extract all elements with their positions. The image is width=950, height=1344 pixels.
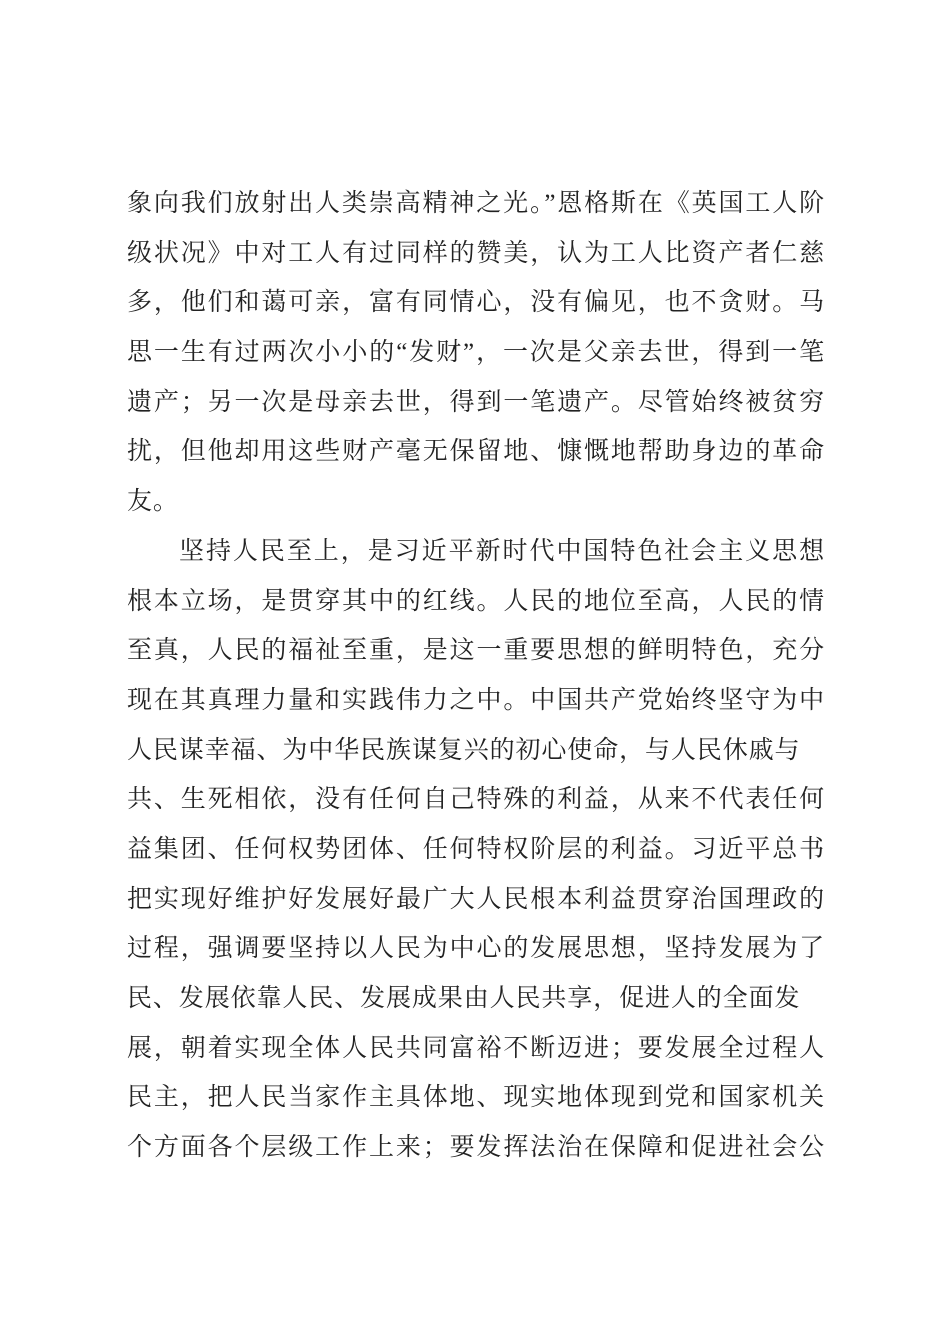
text-line: 多，他们和蔼可亲，富有同情心，没有偏见，也不贪财。马克 (127, 278, 825, 328)
text-line: 民、发展依靠人民、发展成果由人民共享，促进人的全面发 (127, 974, 825, 1024)
text-line: 现在其真理力量和实践伟力之中。中国共产党始终坚守为中国 (127, 676, 825, 726)
text-line: 遗产；另一次是母亲去世，得到一笔遗产。尽管始终被贫穷困 (127, 378, 825, 428)
text-line: 人民谋幸福、为中华民族谋复兴的初心使命，与人民休戚与 (127, 726, 825, 776)
text-line: 民主，把人民当家作主具体地、现实地体现到党和国家机关各 (127, 1073, 825, 1123)
text-line: 坚持人民至上，是习近平新时代中国特色社会主义思想的 (127, 527, 825, 577)
text-line: 根本立场，是贯穿其中的红线。人民的地位至高，人民的情怀 (127, 577, 825, 627)
text-line: 展，朝着实现全体人民共同富裕不断迈进；要发展全过程人民 (127, 1024, 825, 1074)
text-line: 思一生有过两次小小的“发财”，一次是父亲去世，得到一笔 (127, 328, 825, 378)
text-line: 过程，强调要坚持以人民为中心的发展思想，坚持发展为了人 (127, 924, 825, 974)
text-line: 共、生死相依，没有任何自己特殊的利益，从来不代表任何利 (127, 775, 825, 825)
text-line: 把实现好维护好发展好最广大人民根本利益贯穿治国理政的全 (127, 875, 825, 925)
text-line: 至真，人民的福祉至重，是这一重要思想的鲜明特色，充分体 (127, 626, 825, 676)
text-line: 益集团、任何权势团体、任何特权阶层的利益。习近平总书记 (127, 825, 825, 875)
text-line: 扰，但他却用这些财产毫无保留地、慷慨地帮助身边的革命战 (127, 427, 825, 477)
text-line: 友。 (127, 477, 825, 527)
text-line: 象向我们放射出人类崇高精神之光。”恩格斯在《英国工人阶 (127, 179, 825, 229)
text-block: 象向我们放射出人类崇高精神之光。”恩格斯在《英国工人阶 级状况》中对工人有过同样… (127, 179, 825, 1173)
document-page: 象向我们放射出人类崇高精神之光。”恩格斯在《英国工人阶 级状况》中对工人有过同样… (0, 0, 950, 1344)
text-line: 个方面各个层级工作上来；要发挥法治在保障和促进社会公平 (127, 1123, 825, 1173)
text-line: 级状况》中对工人有过同样的赞美，认为工人比资产者仁慈得 (127, 229, 825, 279)
